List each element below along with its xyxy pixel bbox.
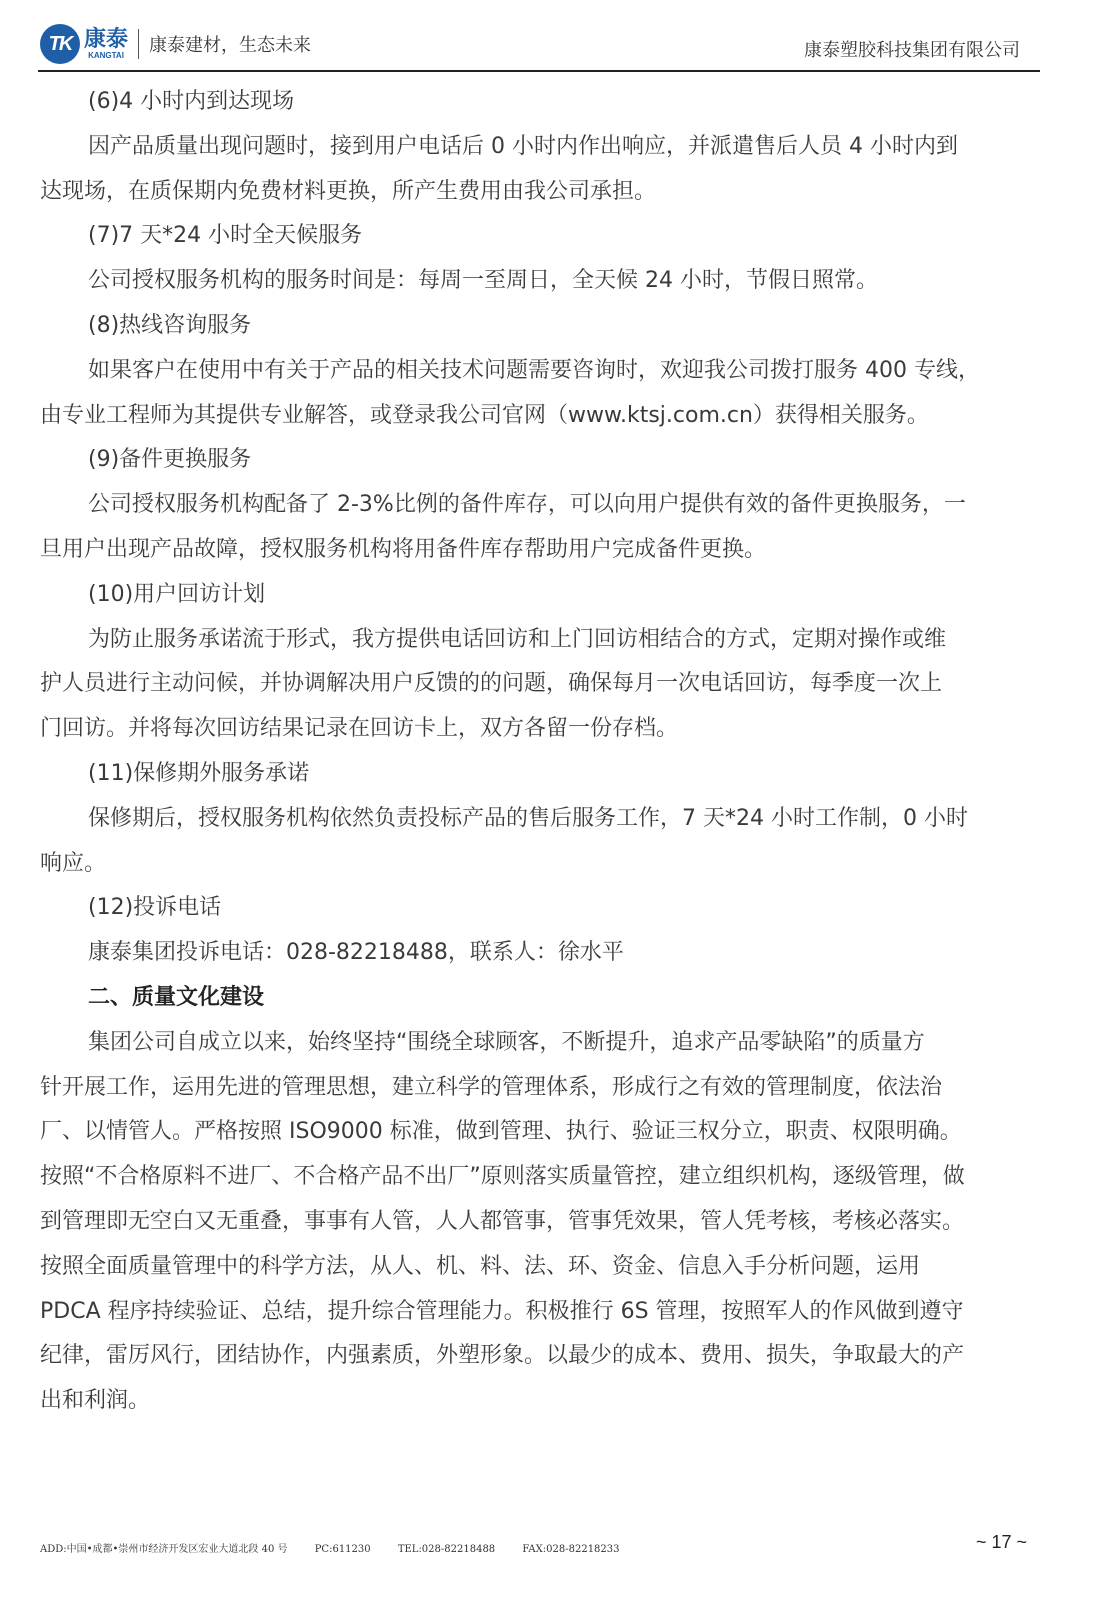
logo-wordmark: 康泰 KANGTAI [84, 29, 128, 60]
text-line: 厂、以情管人。严格按照 ISO9000 标准，做到管理、执行、验证三权分立，职责… [40, 1110, 1070, 1155]
text-line: 达现场，在质保期内免费材料更换，所产生费用由我公司承担。 [40, 170, 1070, 215]
text-line: 纪律，雷厉风行，团结协作，内强素质，外塑形象。以最少的成本、费用、损失，争取最大… [40, 1334, 1070, 1379]
header-company-name: 康泰塑胶科技集团有限公司 [804, 36, 1020, 62]
text-line: 针开展工作，运用先进的管理思想，建立科学的管理体系，形成行之有效的管理制度，依法… [40, 1066, 1070, 1111]
text-line: 集团公司自成立以来，始终坚持“围绕全球顾客，不断提升，追求产品零缺陷”的质量方 [40, 1021, 1070, 1066]
text-line: 保修期后，授权服务机构依然负责投标产品的售后服务工作，7 天*24 小时工作制，… [40, 797, 1070, 842]
logo-divider [138, 29, 139, 59]
text-line: 公司授权服务机构的服务时间是：每周一至周日，全天候 24 小时，节假日照常。 [40, 259, 1070, 304]
text-line: 护人员进行主动问候，并协调解决用户反馈的的问题，确保每月一次电话回访，每季度一次… [40, 662, 1070, 707]
kangtai-logo: TK 康泰 KANGTAI 康泰建材，生态未来 [40, 24, 311, 64]
footer-postcode: PC:611230 [315, 1544, 371, 1555]
page-header: TK 康泰 KANGTAI 康泰建材，生态未来 康泰塑胶科技集团有限公司 [40, 24, 1040, 72]
text-line: 到管理即无空白又无重叠，事事有人管，人人都管事，管事凭效果，管人凭考核，考核必落… [40, 1200, 1070, 1245]
text-line: 公司授权服务机构配备了 2-3%比例的备件库存，可以向用户提供有效的备件更换服务… [40, 483, 1070, 528]
page-number: ~ 17 ~ [976, 1532, 1027, 1553]
header-slogan: 康泰建材，生态未来 [149, 31, 311, 57]
footer-fax: FAX:028-82218233 [522, 1544, 619, 1555]
logo-mark-icon: TK [40, 24, 80, 64]
text-line: 按照“不合格原料不进厂、不合格产品不出厂”原则落实质量管控，建立组织机构，逐级管… [40, 1155, 1070, 1200]
text-line: 由专业工程师为其提供专业解答，或登录我公司官网（www.ktsj.com.cn）… [40, 394, 1070, 439]
text-line: (9)备件更换服务 [40, 438, 1070, 483]
page-footer: ADD:中国•成都•崇州市经济开发区宏业大道北段 40 号 PC:611230 … [40, 1540, 1040, 1555]
text-line: PDCA 程序持续验证、总结，提升综合管理能力。积极推行 6S 管理，按照军人的… [40, 1290, 1070, 1335]
text-line: 门回访。并将每次回访结果记录在回访卡上，双方各留一份存档。 [40, 707, 1070, 752]
document-body: (6)4 小时内到达现场因产品质量出现问题时，接到用户电话后 0 小时内作出响应… [40, 80, 1070, 1424]
logo-english-name: KANGTAI [88, 52, 124, 60]
logo-chinese-name: 康泰 [84, 29, 128, 51]
section-heading: 二、质量文化建设 [40, 976, 1070, 1021]
text-line: 按照全面质量管理中的科学方法，从人、机、料、法、环、资金、信息入手分析问题，运用 [40, 1245, 1070, 1290]
text-line: 为防止服务承诺流于形式，我方提供电话回访和上门回访相结合的方式，定期对操作或维 [40, 618, 1070, 663]
text-line: (12)投诉电话 [40, 886, 1070, 931]
text-line: 响应。 [40, 842, 1070, 887]
text-line: 康泰集团投诉电话：028-82218488，联系人：徐水平 [40, 931, 1070, 976]
footer-address: ADD:中国•成都•崇州市经济开发区宏业大道北段 40 号 [40, 1544, 288, 1555]
text-line: 如果客户在使用中有关于产品的相关技术问题需要咨询时，欢迎我公司拨打服务 400 … [40, 349, 1070, 394]
text-line: (8)热线咨询服务 [40, 304, 1070, 349]
text-line: 出和利润。 [40, 1379, 1070, 1424]
header-divider [38, 70, 1040, 72]
footer-tel: TEL:028-82218488 [398, 1544, 495, 1555]
text-line: 因产品质量出现问题时，接到用户电话后 0 小时内作出响应，并派遣售后人员 4 小… [40, 125, 1070, 170]
text-line: (11)保修期外服务承诺 [40, 752, 1070, 797]
text-line: (10)用户回访计划 [40, 573, 1070, 618]
text-line: (6)4 小时内到达现场 [40, 80, 1070, 125]
text-line: (7)7 天*24 小时全天候服务 [40, 214, 1070, 259]
text-line: 旦用户出现产品故障，授权服务机构将用备件库存帮助用户完成备件更换。 [40, 528, 1070, 573]
